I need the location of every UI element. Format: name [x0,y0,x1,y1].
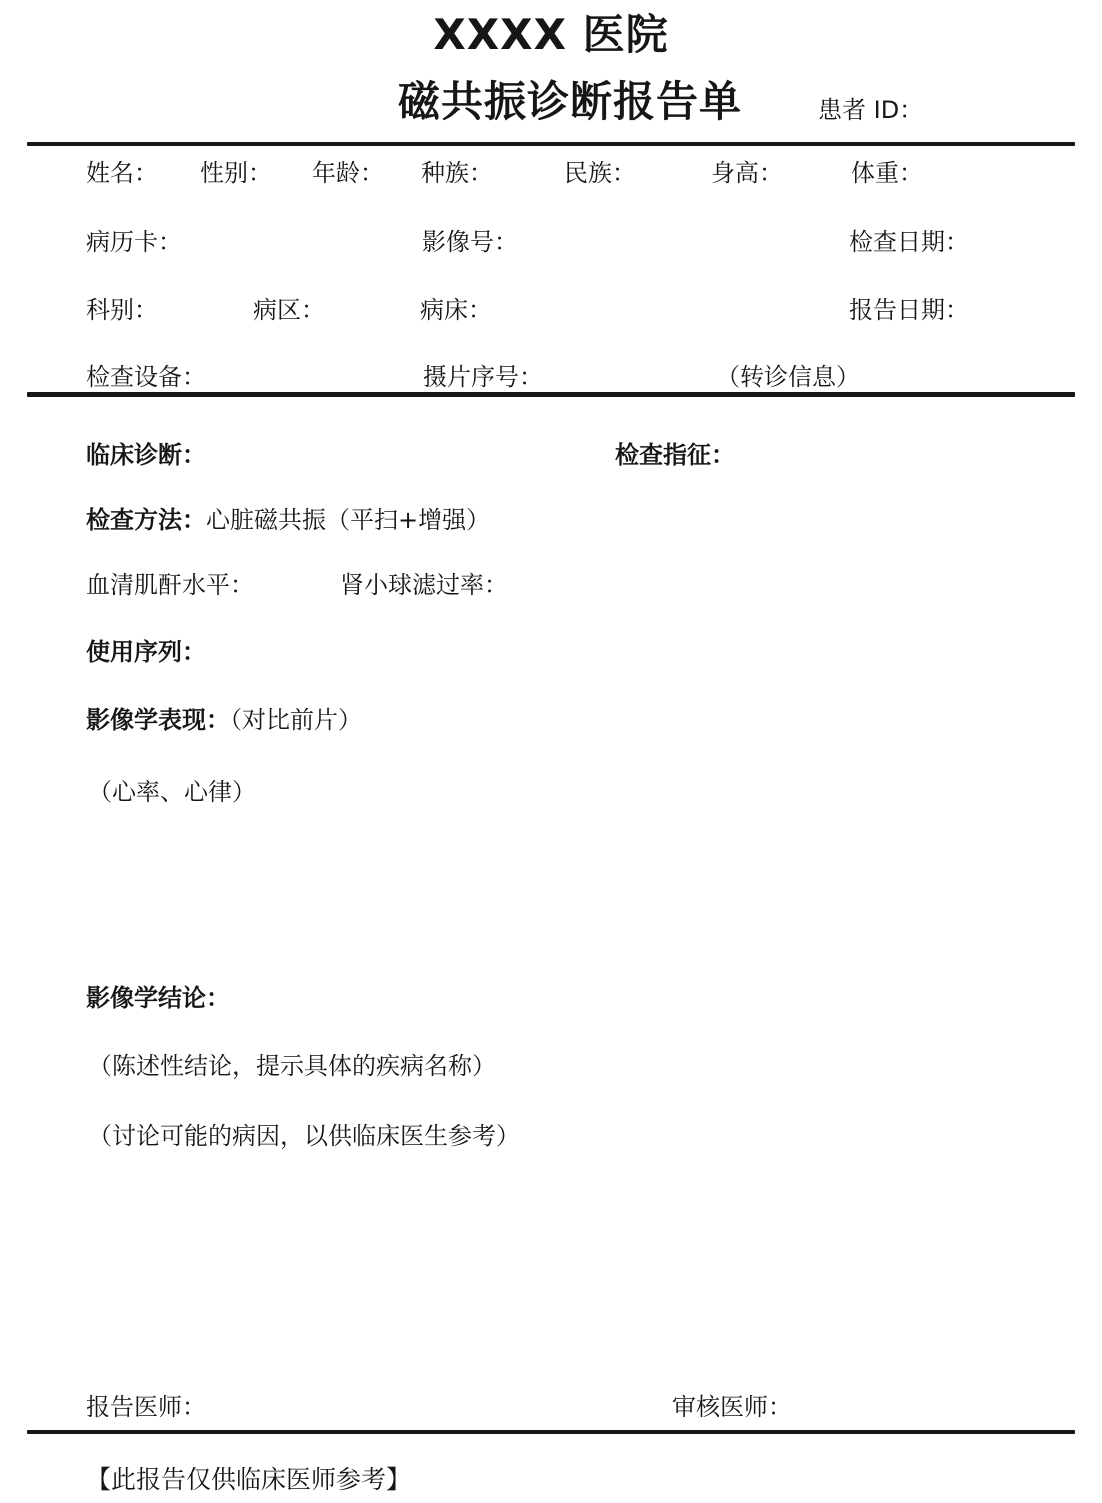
reporting-physician-label: 报告医师： [86,1392,206,1422]
equipment-label: 检查设备： [86,362,206,392]
weight-label: 体重： [851,158,923,188]
exam-indication-label: 检查指征： [615,440,735,470]
conclusion-note-2: （讨论可能的病因，以供临床医生参考） [88,1121,520,1151]
exam-method-value: 心脏磁共振（平扫+增强） [206,506,490,534]
section-divider-line [27,392,1075,397]
ward-label: 病区： [253,295,325,325]
gender-label: 性别： [200,158,272,188]
height-label: 身高： [711,158,783,188]
exam-method-label: 检查方法： [86,506,206,534]
exam-date-label: 检查日期： [849,227,969,257]
conclusion-note-1: （陈述性结论，提示具体的疾病名称） [88,1051,496,1081]
serum-creatinine-label: 血清肌酐水平： [86,570,254,600]
department-label: 科别： [86,295,158,325]
referral-note: （转诊信息） [716,362,860,392]
medical-card-label: 病历卡： [86,227,182,257]
sequences-label: 使用序列： [86,637,206,667]
reviewing-physician-label: 审核医师： [672,1392,792,1422]
report-title: 磁共振诊断报告单 [398,79,742,125]
prior-comparison-note: （对比前片） [230,706,362,734]
age-label: 年龄： [312,158,384,188]
ethnicity-label: 民族： [564,158,636,188]
clinical-diagnosis-label: 临床诊断： [86,440,206,470]
name-label: 姓名： [86,158,158,188]
footer-divider-line [27,1430,1075,1434]
heart-rate-note: （心率、心律） [88,777,256,807]
exam-method-row: 检查方法：心脏磁共振（平扫+增强） [86,505,490,535]
image-number-label: 影像号： [422,227,518,257]
imaging-findings-row: 影像学表现：（对比前片） [86,705,362,735]
hospital-title: XXXX 医院 [0,12,1102,58]
gfr-label: 肾小球滤过率： [340,570,508,600]
race-label: 种族： [421,158,493,188]
bed-label: 病床： [420,295,492,325]
patient-id-label: 患者 ID： [818,95,923,125]
mri-report-page: XXXX 医院 磁共振诊断报告单 患者 ID： 姓名： 性别： 年龄： 种族： … [0,0,1102,1503]
report-date-label: 报告日期： [849,295,969,325]
imaging-findings-label: 影像学表现： [86,706,230,734]
disclaimer-note: 【此报告仅供临床医师参考】 [86,1464,411,1495]
imaging-conclusion-label: 影像学结论： [86,983,230,1013]
film-number-label: 摄片序号： [423,362,543,392]
header-divider-line [27,142,1075,146]
